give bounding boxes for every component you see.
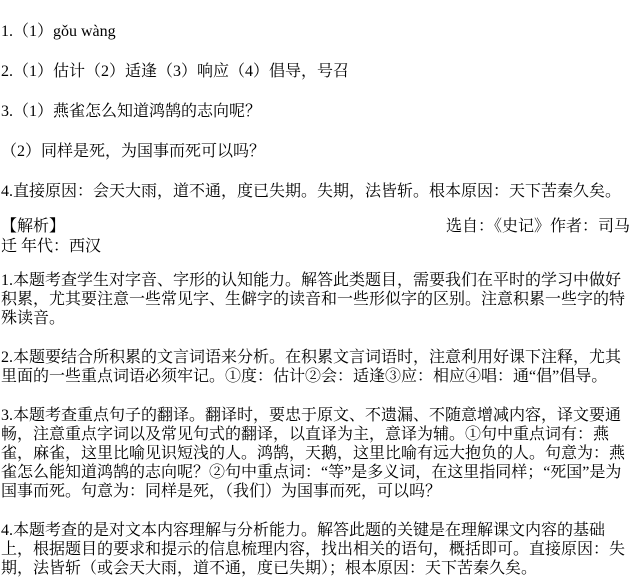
analysis-paragraph-1: 1.本题考查学生对字音、字形的认知能力。解答此类题目，需要我们在平时的学习中做好… <box>1 271 630 328</box>
source-attribution-wrap: 迁 年代：西汉 <box>1 237 630 257</box>
analysis-section: 【解析】 选自：《史记》作者：司马 迁 年代：西汉 1.本题考查学生对字音、字形… <box>1 217 630 577</box>
document: 1.（1）gǒu wàng 2.（1）估计（2）适逢（3）响应（4）倡导，号召 … <box>0 0 630 577</box>
answer-line-3: 3.（1）燕雀怎么知道鸿鹄的志向呢？ <box>1 102 630 121</box>
answer-line-2: 2.（1）估计（2）适逢（3）响应（4）倡导，号召 <box>1 62 630 81</box>
answer-line-5: 4.直接原因：会天大雨，道不通，度已失期。失期，法皆斩。根本原因：天下苦秦久矣。 <box>1 182 630 201</box>
answers-section: 1.（1）gǒu wàng 2.（1）估计（2）适逢（3）响应（4）倡导，号召 … <box>1 22 630 201</box>
analysis-paragraph-3: 3.本题考查重点句子的翻译。翻译时，要忠于原文、不遗漏、不随意增减内容，译文要通… <box>1 406 630 501</box>
analysis-paragraph-2: 2.本题要结合所积累的文言词语来分析。在积累文言词语时，注意利用好课下注释，尤其… <box>1 348 630 386</box>
source-attribution: 选自：《史记》作者：司马 <box>446 217 630 237</box>
page: { "colors": { "background": "#ffffff", "… <box>0 0 630 577</box>
analysis-label: 【解析】 <box>1 217 65 237</box>
analysis-paragraph-4: 4.本题考查的是对文本内容理解与分析能力。解答此题的关键是在理解课文内容的基础上… <box>1 521 630 577</box>
analysis-header-row: 【解析】 选自：《史记》作者：司马 <box>1 217 630 237</box>
answer-line-4: （2）同样是死，为国事而死可以吗？ <box>1 142 630 161</box>
answer-line-1: 1.（1）gǒu wàng <box>1 22 630 41</box>
